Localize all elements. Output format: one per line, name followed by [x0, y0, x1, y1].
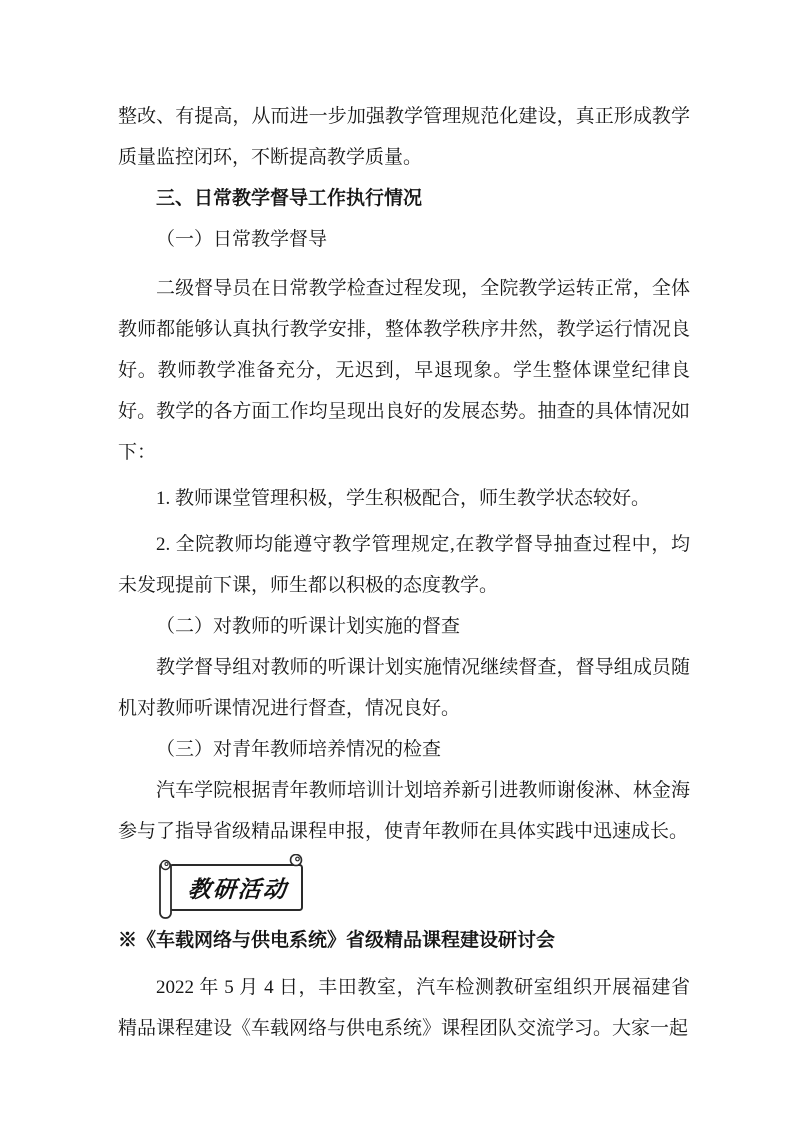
document-page: 整改、有提高，从而进一步加强教学管理规范化建设，真正形成教学质量监控闭环，不断提… [0, 0, 799, 1131]
document-body: 整改、有提高，从而进一步加强教学管理规范化建设，真正形成教学质量监控闭环，不断提… [118, 96, 690, 1049]
section-heading-3: 三、日常教学督导工作执行情况 [118, 178, 690, 219]
event-heading: ※《车载网络与供电系统》省级精品课程建设研讨会 [118, 920, 690, 961]
teaching-research-banner: 教研活动 [158, 854, 306, 920]
subsection-2-body: 教学督导组对教师的听课计划实施情况继续督查，督导组成员随机对教师听课情况进行督查… [118, 647, 690, 729]
inspection-item-2: 2. 全院教师均能遵守教学管理规定,在教学督导抽查过程中，均未发现提前下课，师生… [118, 524, 690, 606]
paragraph-carryover: 整改、有提高，从而进一步加强教学管理规范化建设，真正形成教学质量监控闭环，不断提… [118, 96, 690, 178]
subsection-1-title: （一）日常教学督导 [118, 219, 690, 260]
banner-label: 教研活动 [172, 865, 303, 910]
event-body: 2022 年 5 月 4 日，丰田教室，汽车检测教研室组织开展福建省精品课程建设… [118, 967, 690, 1049]
subsection-3-body: 汽车学院根据青年教师培训计划培养新引进教师谢俊淋、林金海参与了指导省级精品课程申… [118, 770, 690, 852]
subsection-1-body: 二级督导员在日常教学检查过程发现，全院教学运转正常，全体教师都能够认真执行教学安… [118, 268, 690, 473]
inspection-item-1: 1. 教师课堂管理积极，学生积极配合，师生教学状态较好。 [118, 478, 690, 519]
subsection-2-title: （二）对教师的听课计划实施的督查 [118, 606, 690, 647]
subsection-3-title: （三）对青年教师培养情况的检查 [118, 729, 690, 770]
